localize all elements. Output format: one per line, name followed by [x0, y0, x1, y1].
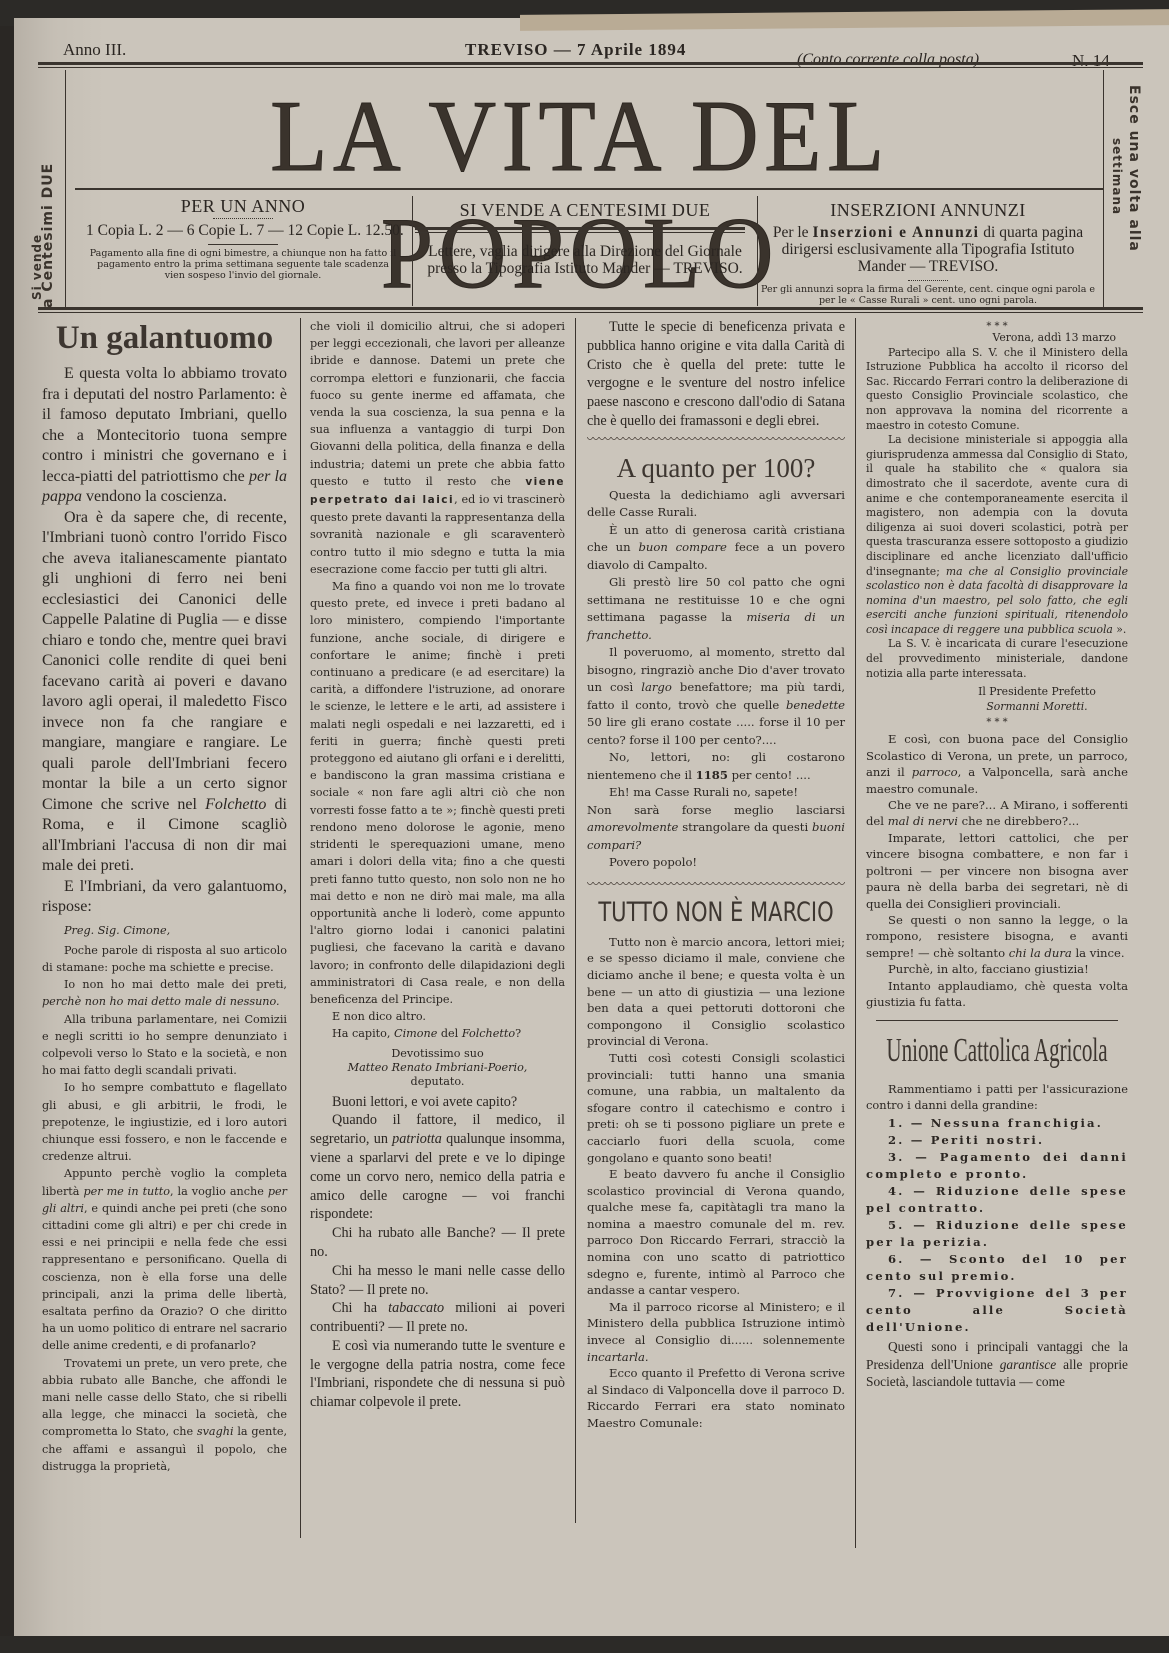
wavy-divider — [587, 882, 845, 888]
text: che violi il domicilio altrui, che si ad… — [310, 320, 565, 488]
paragraph: No, lettori, no: gli costarono nientemen… — [587, 749, 845, 784]
letter-paragraph: E non dico altro. — [310, 1008, 565, 1025]
letter-paragraph: Io ho sempre combattuto e flagellato gli… — [42, 1079, 287, 1165]
header-rule-bottom — [38, 307, 1143, 313]
box-divider-vertical — [412, 196, 413, 306]
text-italic: perchè non ho mai detto male di nessuno. — [42, 995, 280, 1008]
ornament-rule-2 — [908, 280, 948, 281]
paragraph: Il poveruomo, al momento, stretto dal bi… — [587, 644, 845, 749]
text-italic: Folchetto — [462, 1027, 515, 1040]
box-divider — [208, 244, 278, 245]
sale-rule — [415, 227, 745, 233]
paragraph: Gli prestò lire 50 col patto che ogni se… — [587, 574, 845, 644]
signature-name: Matteo Renato Imbriani-Poerio, — [310, 1061, 565, 1075]
text-italic: amorevolmente — [587, 820, 678, 834]
paragraph: Chi ha messo le mani nelle casse dello S… — [310, 1262, 565, 1300]
list-item: 6. — Sconto del 10 per cento sul premio. — [866, 1251, 1128, 1285]
article-continued: che violi il domicilio altrui, che si ad… — [310, 318, 565, 1412]
section-rule — [876, 1020, 1118, 1021]
letter-paragraph: Ma fino a quando voi non me lo trovate q… — [310, 578, 565, 1008]
text: Io non ho mai detto male dei preti, — [64, 978, 287, 991]
signature-title: deputato. — [310, 1075, 565, 1089]
sale-title: SI VENDE A CENTESIMI DUE — [415, 200, 755, 221]
masthead-left-border — [65, 70, 66, 310]
right-vertical-banner: Esce una volta alla — [1126, 85, 1142, 315]
text: ». — [1116, 623, 1126, 636]
ads-note: Per gli annunzi sopra la firma del Geren… — [760, 284, 1096, 306]
paragraph: La S. V. è incaricata di curare l'esecuz… — [866, 637, 1128, 681]
paragraph: E così, con buona pace del Consiglio Sco… — [866, 731, 1128, 797]
header-rule-top — [38, 62, 1143, 68]
text: la vince. — [1075, 946, 1124, 960]
subscription-prices: 1 Copia L. 2 — 6 Copie L. 7 — 12 Copie L… — [78, 222, 408, 239]
dateline: Verona, addì 13 marzo — [866, 331, 1116, 346]
paragraph: Buoni lettori, e voi avete capito? — [310, 1093, 565, 1112]
text: La decisione ministeriale si appoggia al… — [866, 433, 1128, 577]
masthead-right-border — [1103, 70, 1104, 310]
paragraph: Se questi o non sanno la legge, o la rom… — [866, 912, 1128, 961]
column-rule-3 — [855, 318, 856, 1548]
paragraph: Eh! ma Casse Rurali no, sapete! — [587, 784, 845, 802]
signature-title: Il Presidente Prefetto — [866, 685, 1128, 700]
text: del — [441, 1027, 458, 1040]
letter-paragraph: Io non ho mai detto male dei preti, perc… — [42, 976, 287, 1010]
paragraph: Chi ha tabaccato milioni ai poveri contr… — [310, 1299, 565, 1337]
paragraph: Tutti così cotesti Consigli scolastici p… — [587, 1050, 845, 1166]
headline-a-quanto-per-100: A quanto per 100? — [587, 451, 845, 485]
text-italic: Folchetto — [205, 796, 266, 813]
list-item: 5. — Riduzione delle spese per la perizi… — [866, 1217, 1128, 1251]
article-un-galantuomo: Un galantuomo E questa volta lo abbiamo … — [42, 318, 287, 1475]
paragraph: Povero popolo! — [587, 854, 845, 872]
text-italic: buon compare — [638, 540, 726, 554]
letter-paragraph: Ha capito, Cimone del Folchetto? — [310, 1025, 565, 1042]
text-italic: Cimone — [394, 1027, 437, 1040]
column-rule-2 — [575, 318, 576, 1523]
headline-un-galantuomo: Un galantuomo — [42, 318, 287, 358]
ornament-rule — [213, 218, 273, 219]
subscription-note: Pagamento alla fine di ogni bimestre, a … — [78, 248, 408, 281]
text-italic: per me in tutto — [83, 1185, 170, 1198]
text: , a Valponcella, sarà anche maestro comu… — [866, 765, 1128, 795]
ads-text-bold: Inserzioni e Annunzi — [812, 224, 979, 241]
sale-text: Lettere, vaglia dirigere alla Direzione … — [415, 243, 755, 277]
paragraph: Quando il fattore, il medico, il segreta… — [310, 1111, 565, 1224]
text-bold: 1185 — [696, 768, 728, 782]
column-4: * * * Verona, addì 13 marzo Partecipo al… — [866, 322, 1128, 1391]
paragraph: E così via numerando tutte le sventure e… — [310, 1337, 565, 1412]
paragraph: Non sarà forse meglio lasciarsi amorevol… — [587, 802, 845, 855]
paragraph: Tutto non è marcio ancora, lettori miei;… — [587, 934, 845, 1050]
letter-paragraph: Poche parole di risposta al suo articolo… — [42, 942, 287, 976]
paragraph: Chi ha rubato alle Banche? — Il prete no… — [310, 1224, 565, 1262]
asterism: * * * — [866, 322, 1128, 331]
paragraph: È un atto di generosa carità cristiana c… — [587, 522, 845, 575]
ads-text-pre: Per le — [773, 224, 813, 241]
text: per cento! .... — [732, 768, 811, 782]
paragraph: Rammentiamo i patti per l'assicurazione … — [866, 1081, 1128, 1113]
list-item: 4. — Riduzione delle spese pel contratto… — [866, 1183, 1128, 1217]
paragraph: Questi sono i principali vantaggi che la… — [866, 1338, 1128, 1391]
ads-title: INSERZIONI ANNUNZI — [760, 200, 1096, 221]
list-item: 1. — Nessuna franchigia. — [866, 1115, 1128, 1132]
ads-box: INSERZIONI ANNUNZI Per le Inserzioni e A… — [760, 200, 1096, 306]
place-date: TREVISO — 7 Aprile 1894 — [465, 40, 686, 60]
letter-salutation: Preg. Sig. Cimone, — [42, 922, 287, 939]
column-rule-1 — [300, 318, 301, 1538]
signature-name: Sormanni Moretti. — [866, 700, 1128, 715]
letter-paragraph: Alla tribuna parlamentare, nei Comizii e… — [42, 1011, 287, 1080]
text: ? — [515, 1027, 521, 1040]
text-italic: parroco — [912, 765, 958, 779]
text: che ne direbbero?... — [962, 814, 1080, 828]
text-italic: tabaccato — [388, 1300, 444, 1316]
issue-year: Anno III. — [63, 40, 126, 60]
right-vertical-sub: settimana — [1110, 138, 1124, 298]
text: Ha capito, — [332, 1027, 390, 1040]
scan-bottom-border — [0, 1636, 1169, 1653]
paragraph: Purchè, in alto, facciano giustizia! — [866, 961, 1128, 977]
list-item: 3. — Pagamento dei danni completo e pron… — [866, 1149, 1128, 1183]
issue-number: N. 14 — [1072, 51, 1110, 71]
left-vertical-sub: Si vende — [30, 150, 44, 300]
text-italic: mal di nervi — [888, 814, 958, 828]
asterism: * * * — [866, 718, 1128, 727]
paragraph: E questa volta lo abbiamo trovato fra i … — [42, 364, 287, 508]
text: 50 lire gli erano costate ..... forse il… — [587, 715, 845, 747]
paragraph: Che ve ne pare?... A Mirano, i sofferent… — [866, 797, 1128, 830]
text-italic: largo — [641, 680, 672, 694]
signature-closing: Devotissimo suo — [310, 1047, 565, 1061]
text: Ma il parroco ricorse al Ministero; e il… — [587, 1300, 845, 1347]
headline-unione-cattolica-agricola: Unione Cattolica Agricola — [872, 1029, 1121, 1073]
text-italic: garantisce — [1000, 1357, 1057, 1372]
text: Ora è da sapere che, di recente, l'Imbri… — [42, 509, 287, 813]
column-3: Tutte le specie di beneficenza privata e… — [587, 318, 845, 1432]
text: , e quindi anche pei preti (che sono cit… — [42, 1202, 287, 1353]
box-divider-vertical-2 — [757, 196, 758, 306]
text-italic: incartarla. — [587, 1350, 649, 1364]
right-vertical-subtext: settimana — [1110, 138, 1124, 215]
text: , la voglio anche — [170, 1185, 264, 1198]
text-italic: patriotta — [392, 1131, 442, 1147]
insurance-terms-list: 1. — Nessuna franchigia.2. — Periti nost… — [866, 1115, 1128, 1336]
paragraph: Imparate, lettori cattolici, che per vin… — [866, 830, 1128, 912]
ads-text: Per le Inserzioni e Annunzi di quarta pa… — [760, 224, 1096, 275]
subscription-title: PER UN ANNO — [78, 196, 408, 217]
sale-box: SI VENDE A CENTESIMI DUE Lettere, vaglia… — [415, 200, 755, 277]
paragraph: Tutte le specie di beneficenza privata e… — [587, 318, 845, 431]
paragraph: Ora è da sapere che, di recente, l'Imbri… — [42, 508, 287, 877]
paragraph: Intanto applaudiamo, chè questa volta gi… — [866, 978, 1128, 1011]
text: Non sarà forse meglio lasciarsi — [587, 803, 845, 817]
text-italic: benedette — [786, 698, 845, 712]
text-italic: chi la dura — [1009, 946, 1072, 960]
letter-paragraph: Trovatemi un prete, un vero prete, che a… — [42, 1355, 287, 1475]
list-item: 2. — Periti nostri. — [866, 1132, 1128, 1149]
paragraph: Ecco quanto il Prefetto di Verona scrive… — [587, 1365, 845, 1431]
list-item: 7. — Provvigione del 3 per cento alle So… — [866, 1285, 1128, 1336]
paragraph: Questa la dedichiamo agli avversari dell… — [587, 487, 845, 522]
paragraph: La decisione ministeriale si appoggia al… — [866, 433, 1128, 637]
letter-paragraph: Appunto perchè voglio la completa libert… — [42, 1165, 287, 1354]
text: strangolare da questi — [682, 820, 808, 834]
paragraph: E l'Imbriani, da vero galantuomo, rispos… — [42, 877, 287, 918]
text: Chi ha — [332, 1300, 377, 1316]
text: vendono la coscienza. — [86, 488, 227, 505]
headline-tutto-non-e-marcio: TUTTO NON È MARCIO — [592, 896, 840, 930]
wavy-divider — [587, 437, 845, 443]
text-italic: svaghi — [197, 1425, 234, 1438]
subscription-box: PER UN ANNO 1 Copia L. 2 — 6 Copie L. 7 … — [78, 196, 408, 281]
paragraph: Ma il parroco ricorse al Ministero; e il… — [587, 1299, 845, 1365]
right-vertical-text: Esce una volta alla — [1126, 85, 1142, 252]
paragraph: Partecipo alla S. V. che il Ministero de… — [866, 346, 1128, 434]
paragraph: E beato davvero fu anche il Consiglio sc… — [587, 1166, 845, 1299]
masthead-rule — [75, 188, 1103, 190]
letter-paragraph: che violi il domicilio altrui, che si ad… — [310, 318, 565, 578]
left-vertical-subtext: Si vende — [30, 234, 44, 300]
